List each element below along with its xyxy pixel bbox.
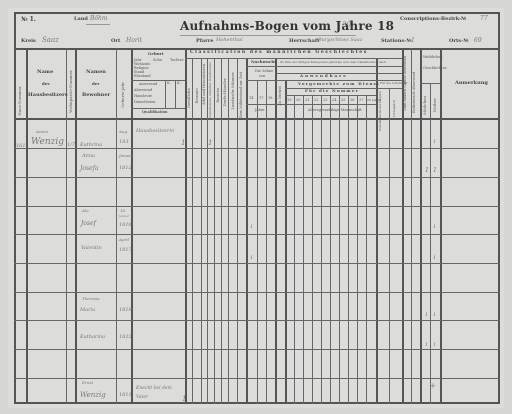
col-einheimisch-label: Einheimisch Abwesend [412,72,416,113]
row10-mark: + [430,383,436,390]
ort-label: Ort [111,39,120,44]
weiblich-label: Weiblichen [423,56,443,60]
row7-bewohner: Theresia [82,297,100,301]
jahre-label: Jahre [255,109,265,113]
class-col-label: Geistliche [186,88,191,108]
class-col-label: Gewerbsleute, Künstler, Handwerker [208,62,212,119]
class-col-label: Bauern [215,88,220,103]
header-rule [246,104,376,105]
row5-geburt: 1817 [119,248,132,253]
col-line [348,95,349,404]
herrschaft-label: Herrschaft [289,39,319,44]
row-line [14,263,500,264]
row1-bewohner: Kathrina [80,143,102,148]
form-title: Aufnahms-Bogen vom Jahre 18 [180,20,394,32]
col-hausnummer-label: Haus-Nummer [17,86,22,116]
nachwuchs-sub: von [259,75,265,79]
landwehr-sub: Untauglich [392,100,396,117]
name-col-line1: Name [37,70,53,75]
geburt-col: Tochter [170,59,184,63]
row7-mark: 1 [425,313,428,318]
row2-bewohner: Anna [82,154,95,159]
jahre-col: 17 [259,97,263,101]
row2-mark: 1 [425,168,429,174]
row-line [14,148,500,149]
col-line [389,88,390,404]
altersgrenze-label: Altersgrenzfähige Mannschaft [308,109,362,113]
class-col-label: Beamte [194,88,199,103]
row1-mark: 1 [433,140,436,145]
row1-geburt-year: 183 [119,140,129,145]
geburt-title: Geburt [148,52,164,56]
anwendbare-label: Anwendbare [300,74,348,78]
row-line [14,292,500,293]
geburt-row: Ehestand [134,75,151,79]
orts-value: 69 [474,38,482,44]
age-col: 26 [350,99,354,103]
header-rule [165,80,166,108]
geburt-sub-row: Hausleute [134,95,152,99]
row1-partei: 1/7 [67,143,75,148]
year-value: 30 [342,22,351,29]
row7-geburt: 1819 [119,308,132,313]
vorgemerkte-label: Vorgemerkte zum Dienst [298,82,380,86]
zu-dienst-label: Zu Dienst [277,86,282,106]
namen-col-line3: Bewohner [82,93,110,98]
class-col-label: Adel und Honoratioren [202,64,206,105]
row-line [14,177,500,178]
row-line [14,234,500,235]
row-line [14,320,500,321]
col-line [321,95,322,404]
form-number: № 1. [21,17,36,23]
pfarre-label: Pfarre [196,39,214,44]
row4-geburt: 1816 [119,223,132,228]
row1-geburt-month: Aug. [119,130,128,134]
row1-mark: 1 [208,140,212,147]
row1-owner-last: Wenzig [31,138,64,147]
weiblich-col: Mädchen [422,96,427,115]
col-line [214,58,215,404]
title-underline [180,35,356,36]
row8-geburt: 1822 [119,335,132,340]
col-line [275,58,277,404]
row1-mark: 1 [181,140,185,147]
row5-geburt: April [119,238,129,242]
row7-bewohner: Maria [80,308,95,313]
col-line [294,95,295,404]
col-line [75,48,77,404]
row-line [14,206,500,207]
age-col: 25 [341,99,345,103]
geburt-col: Sohn [153,59,162,63]
row4-bewohner: Alo [82,209,89,213]
row2-bewohner: Josefa [80,166,98,172]
age-col: 27 [359,99,363,103]
header-rule [246,66,402,67]
fuer-die-nummer-label: Für die Nummer [305,89,359,93]
jahre-col: 14 [249,97,253,101]
row1-haus-nr: 161 [16,144,26,149]
col-line [440,48,442,404]
nachwuchs-label: Nachwuchs [251,60,277,64]
col-line [366,95,367,404]
col-geburtsjahr-label: Geburts-Jahr [120,82,125,108]
class-col-label: Dorfs-Häusler [222,78,227,106]
header-rule [175,80,176,108]
name-col-line2: des [42,82,50,86]
geburt-sub-col: K. [177,82,181,86]
landwehr-sub: Zum Militär-Dienst Tauglich [378,91,382,131]
geburt-sub-title: Anwesend [139,83,157,87]
col-line [430,83,431,404]
col-line [116,48,117,404]
row10-bewohner: Wenzig [80,392,106,399]
row2-mark: 1 [433,168,437,174]
orts-label: Orts-№ [449,39,469,44]
row4-mark: 1 [250,225,253,230]
col-line [228,58,229,404]
row8-mark: 1 [425,343,428,348]
col-line [357,95,358,404]
land-underline [86,24,110,25]
geburt-sub-col: K. [167,82,171,86]
weiblich-col: Weiber [432,98,437,112]
header-rule [246,80,275,81]
weiblich-label: Geschlechtes [423,67,447,71]
namen-col-line2: der [92,82,99,86]
geburt-sub-row: Abwesend [134,89,152,93]
row1-qualifikation: Hausbesitzerin [136,129,174,134]
col-line [201,58,202,404]
kreis-label: Kreis [21,39,36,44]
herrschaft-value: Burgschloss Saaz [318,38,362,43]
row4-mark: 1 [433,225,436,230]
class-col-label: Zum Militärstand zur Zeit [239,72,243,118]
col-line [26,48,28,404]
col-line [285,80,287,404]
col-line [237,58,238,404]
col-line [312,95,313,404]
row1-owner-first: Anton [36,130,48,134]
row8-bewohner: Katharina [80,335,105,340]
row10-bewohner: Ernst [82,381,93,385]
age-col: 22 [314,99,318,103]
row10-geburt: 1811 [119,393,132,398]
jahre-col: 18 [268,97,272,101]
geburt-sub-row: Dienstboten [134,101,156,105]
header-rule [131,108,185,109]
row4-bewohner: Josef [81,221,96,227]
nachwuchs-sub: Die Söhne [255,70,273,74]
col-line [339,95,340,404]
namen-col-line1: Namen [86,70,106,75]
qualifikation-label: Qualifikation [142,111,168,115]
stations-value: 1 [411,38,415,44]
row5-mark: 1 [250,256,253,261]
land-label: Land [74,17,88,22]
row-line [14,378,500,379]
col-fremd-label: Zum andern Stande Anwesend [403,56,407,111]
col-line [266,80,267,404]
header-rule [420,83,440,84]
age-col: 19 [287,99,291,103]
col-line [257,80,258,404]
conscription-value: 77 [480,16,488,22]
row4-geburt: Januar [119,215,129,218]
col-line [330,95,331,404]
ort-value: Horit [126,38,142,44]
col-line [246,58,248,404]
line1-label: Zu Ihm der übrigen Kategorien gehörige u… [280,61,386,64]
row7-mark: 1 [433,313,436,318]
age-col: 24 [332,99,336,103]
row2-geburt: Januar [119,154,132,158]
col-line [221,58,222,404]
name-col-line3: Hausbesitzers [28,93,68,98]
kreis-value: Saaz [42,37,59,44]
age-col: 20 [296,99,300,103]
col-line [192,58,193,404]
row4-geburt: 18 [120,209,125,213]
classification-title: Classification des männlichen Geschlecht… [190,51,368,56]
row8-mark: 1 [433,343,436,348]
conscription-label: Conscriptions-Bezirk-№ [400,17,466,22]
age-col: 21 [305,99,309,103]
col-line [303,95,304,404]
header-rule [185,58,402,59]
age-col: 23 [323,99,327,103]
row2-geburt: 1812 [119,166,132,171]
col-line [66,48,67,404]
col-wohnpartei-label: Wohnpartei-Nummer [68,70,73,113]
land-value: Böhm [90,16,108,22]
row5-bewohner: Valentin [81,246,102,251]
header-rule [285,95,376,96]
stations-label: Stations-№ [381,39,412,44]
row5-mark: 1 [433,256,436,261]
pfarre-value: Hohenthal [216,38,243,43]
anmerkung-label: Anmerkung [455,81,488,86]
row10-qualifikation: Knecht bei dem Vater [136,384,184,402]
row-line [14,349,500,350]
row10-mark: 1 [182,396,186,403]
class-col-label: Landwehr Männer [230,72,235,110]
